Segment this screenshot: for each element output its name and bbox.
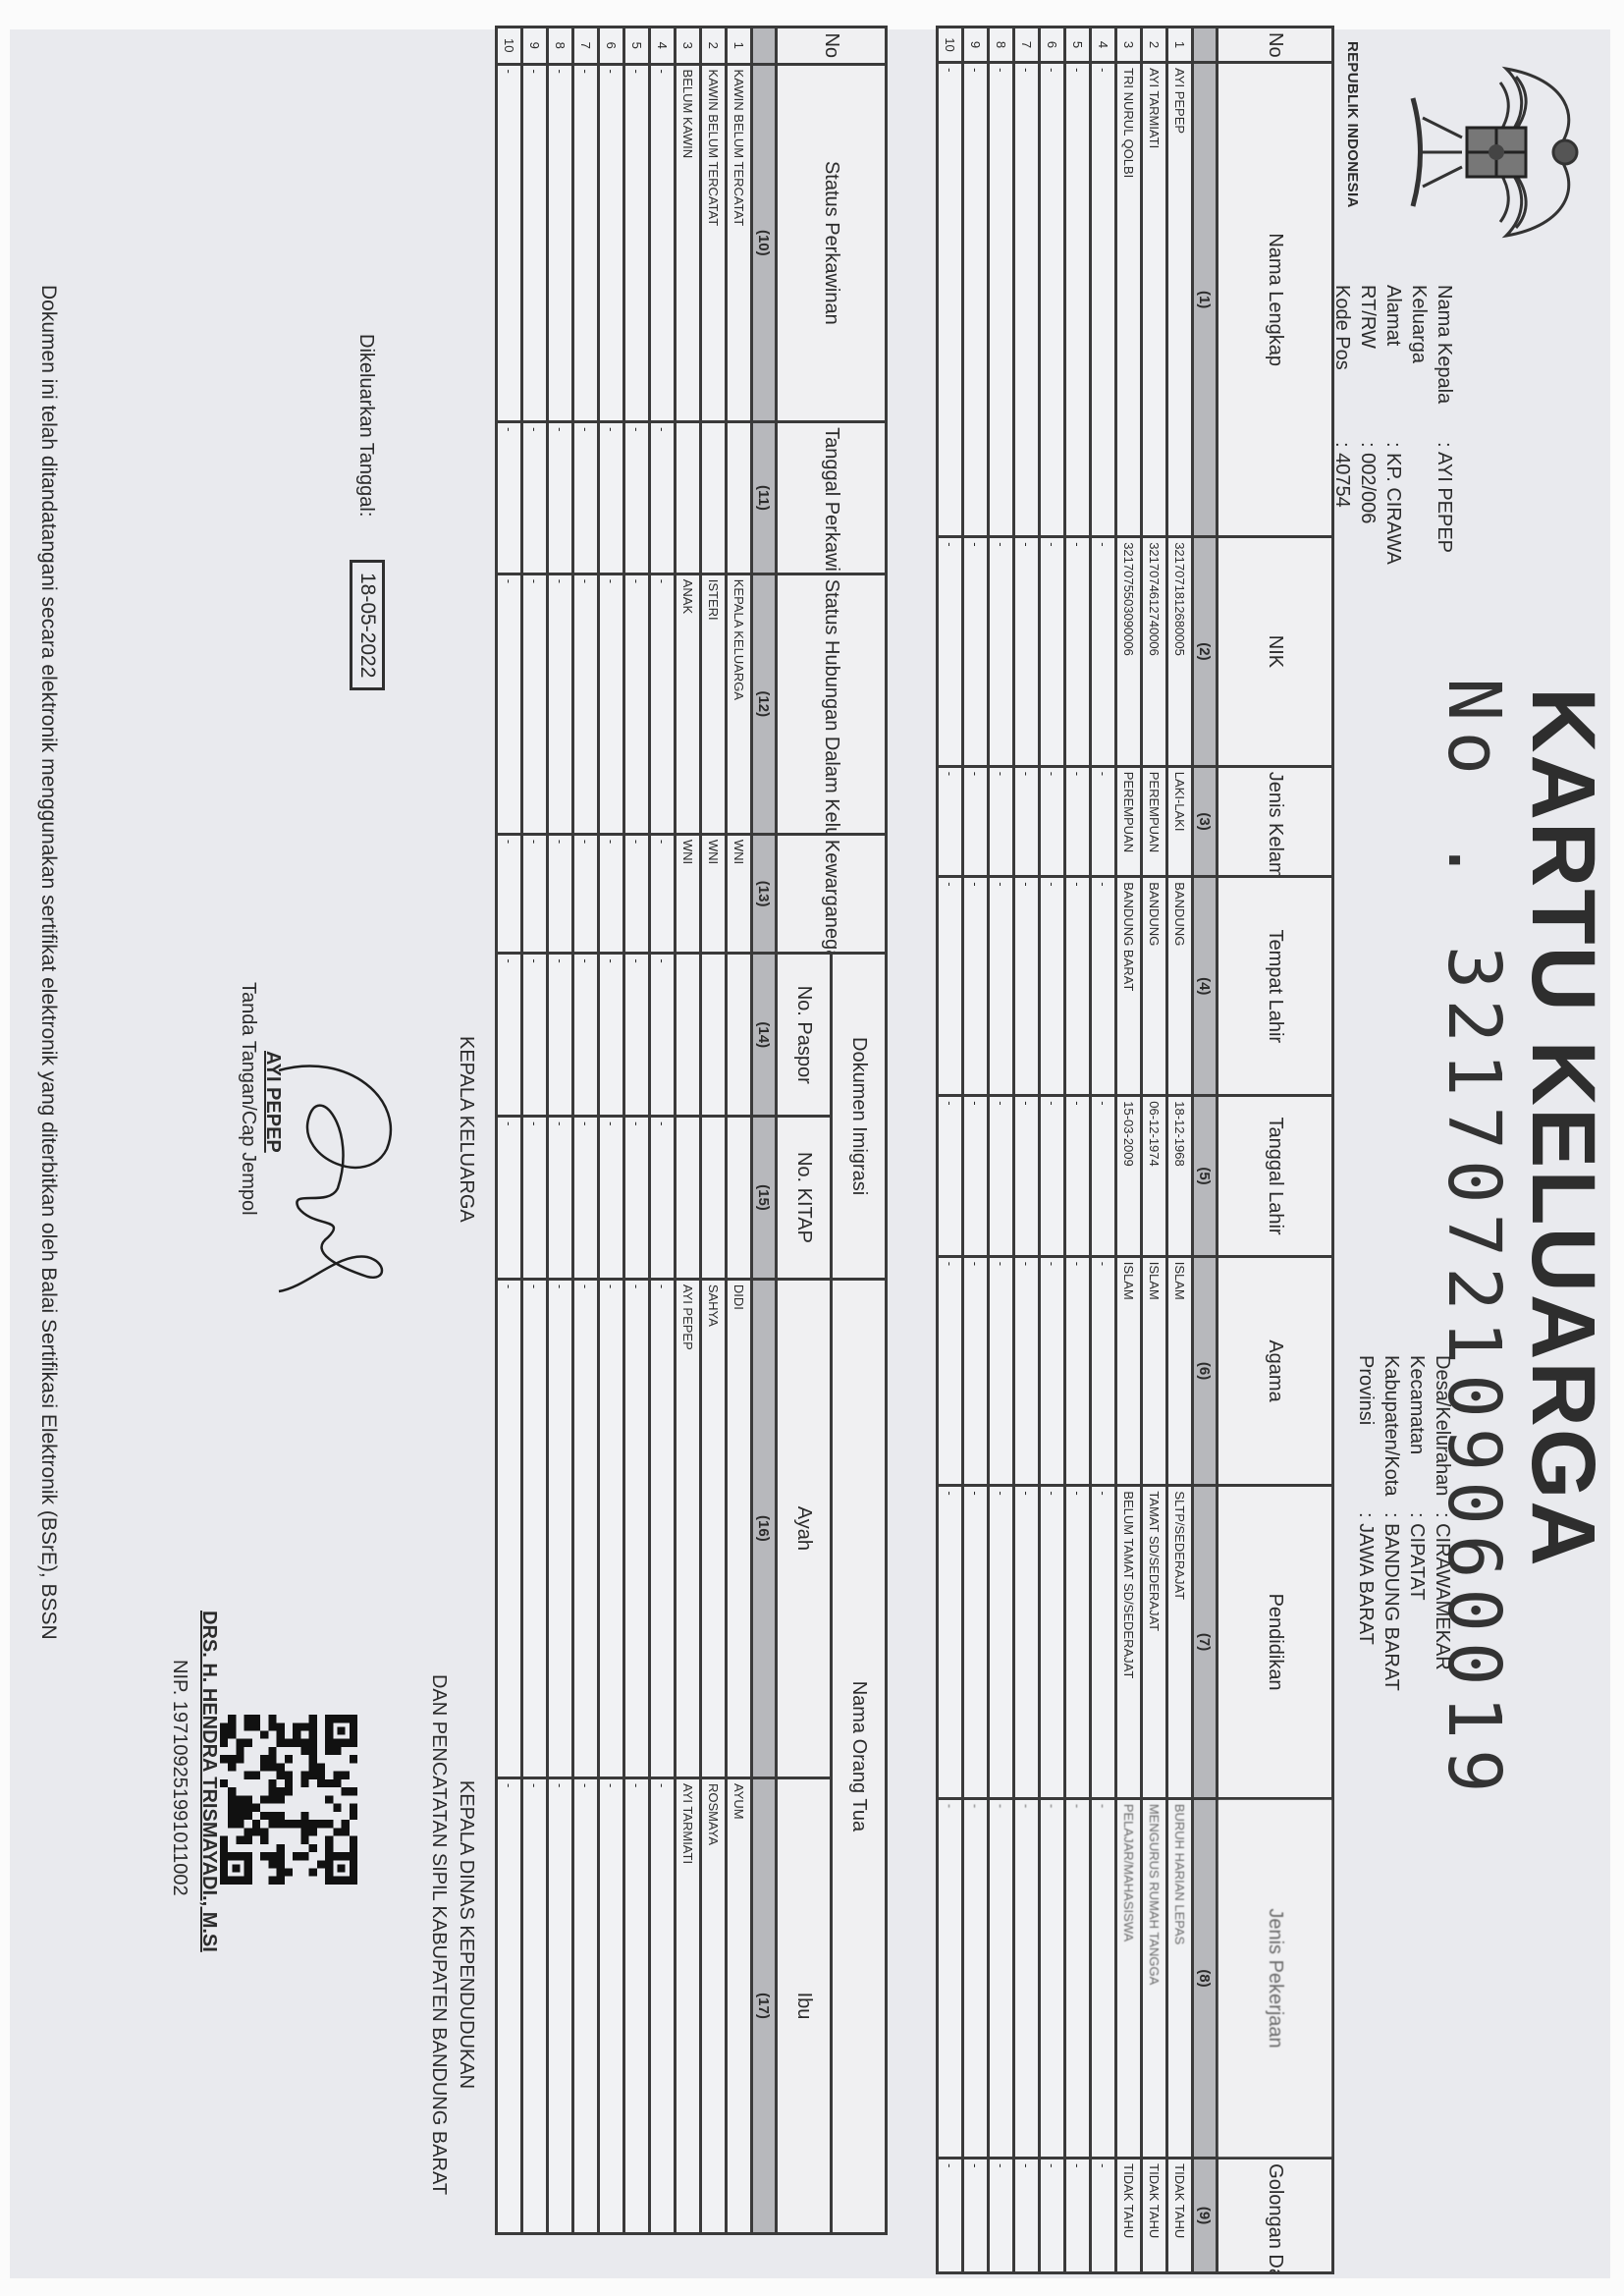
- table-cell: -: [497, 834, 522, 954]
- table-cell: -: [1065, 1096, 1091, 1257]
- table-cell: -: [989, 877, 1014, 1096]
- table-cell: -: [989, 1256, 1014, 1486]
- column-number-row: (1)(2)(3)(4)(5)(6)(7)(8)(9): [1193, 27, 1218, 2273]
- table-cell: -: [548, 1279, 573, 1777]
- table-cell: -: [624, 574, 650, 834]
- table-cell: -: [624, 1117, 650, 1280]
- family-status-table: No Status Perkawinan Tanggal Perkawinan …: [495, 26, 888, 2235]
- table-cell: -: [548, 1117, 573, 1280]
- table-row: 3TRI NURUL QOLBI3217075503090006PEREMPUA…: [1116, 27, 1142, 2273]
- table-row: 10--------: [497, 27, 522, 2234]
- table-cell: -: [522, 64, 548, 422]
- row-number: 1: [1167, 27, 1193, 63]
- table-cell: -: [599, 1777, 624, 2233]
- table-cell: [727, 422, 752, 574]
- table-row: 5--------: [624, 27, 650, 2234]
- table-cell: -: [497, 1279, 522, 1777]
- table-cell: -: [522, 834, 548, 954]
- row-number: 1: [727, 27, 752, 65]
- table-row: 2AYI TARMIATI3217074612740006PEREMPUANBA…: [1142, 27, 1167, 2273]
- table-cell: [701, 954, 727, 1117]
- table-cell: WNI: [727, 834, 752, 954]
- table-cell: ISLAM: [1116, 1256, 1142, 1486]
- table-cell: DIDI: [727, 1279, 752, 1777]
- table-cell: -: [989, 1096, 1014, 1257]
- table-row: 6---------: [1040, 27, 1065, 2273]
- column-number: (17): [752, 1777, 777, 2233]
- table-cell: -: [938, 1486, 963, 1799]
- official-name: DRS. H. HENDRA TRISMAYADI., M.SI: [197, 1611, 220, 1952]
- table-cell: -: [522, 1117, 548, 1280]
- row-number: 7: [573, 27, 599, 65]
- table-cell: -: [1065, 1486, 1091, 1799]
- table-cell: PEREMPUAN: [1142, 766, 1167, 877]
- table-row: 6--------: [599, 27, 624, 2234]
- table-row: 4---------: [1091, 27, 1116, 2273]
- header-cell: No: [1218, 27, 1333, 63]
- table-cell: KAWIN BELUM TERCATAT: [701, 64, 727, 422]
- table-cell: -: [624, 422, 650, 574]
- table-cell: -: [1091, 2159, 1116, 2273]
- table-cell: -: [599, 1279, 624, 1777]
- header-no-paspor: No. Paspor: [777, 954, 832, 1117]
- table-cell: -: [1091, 1486, 1116, 1799]
- table-cell: -: [1065, 1256, 1091, 1486]
- row-number: 2: [701, 27, 727, 65]
- table-cell: -: [599, 954, 624, 1117]
- table-cell: -: [989, 63, 1014, 537]
- table-cell: -: [963, 1798, 989, 2158]
- table-cell: -: [573, 574, 599, 834]
- table-cell: -: [522, 422, 548, 574]
- table-cell: -: [1040, 1798, 1065, 2158]
- table-cell: -: [963, 537, 989, 767]
- table-cell: -: [938, 2159, 963, 2273]
- table-row: 8---------: [989, 27, 1014, 2273]
- row-number: 8: [989, 27, 1014, 63]
- row-number: 10: [497, 27, 522, 65]
- table-cell: SAHYA: [701, 1279, 727, 1777]
- official-title-line-2: DAN PENCATATAN SIPIL KABUPATEN BANDUNG B…: [425, 1581, 453, 2288]
- table-cell: -: [650, 422, 676, 574]
- row-number: 5: [1065, 27, 1091, 63]
- table-cell: BELUM TAMAT SD/SEDERAJAT: [1116, 1486, 1142, 1799]
- table-cell: 06-12-1974: [1142, 1096, 1167, 1257]
- table-cell: -: [989, 537, 1014, 767]
- table-cell: -: [650, 1117, 676, 1280]
- table-cell: -: [1040, 2159, 1065, 2273]
- table-cell: -: [1014, 63, 1040, 537]
- table-cell: -: [650, 1279, 676, 1777]
- header-status-perkawinan: Status Perkawinan: [777, 64, 887, 422]
- header-cell: Golongan Darah: [1218, 2159, 1333, 2273]
- table-row: 10---------: [938, 27, 963, 2273]
- issued-date-label: Dikeluarkan Tanggal:: [354, 334, 377, 517]
- header-cell: Agama: [1218, 1256, 1333, 1486]
- table-cell: AYI TARMIATI: [1142, 63, 1167, 537]
- table-cell: -: [938, 537, 963, 767]
- table-cell: -: [1014, 1798, 1040, 2158]
- table-cell: AYUM: [727, 1777, 752, 2233]
- row-number: 3: [1116, 27, 1142, 63]
- table-row: 4--------: [650, 27, 676, 2234]
- table-cell: BANDUNG: [1167, 877, 1193, 1096]
- table-cell: -: [989, 2159, 1014, 2273]
- table-cell: -: [624, 1777, 650, 2233]
- table-cell: -: [1014, 1256, 1040, 1486]
- header-no-kitap: No. KITAP: [777, 1117, 832, 1280]
- table-cell: -: [989, 1798, 1014, 2158]
- table-cell: -: [1040, 63, 1065, 537]
- column-number: (14): [752, 954, 777, 1117]
- table-cell: [676, 954, 701, 1117]
- table-cell: 18-12-1968: [1167, 1096, 1193, 1257]
- column-number: (3): [1193, 766, 1218, 877]
- header-nama-orang-tua: Nama Orang Tua: [832, 1279, 887, 2233]
- table-cell: AYI PEPEP: [676, 1279, 701, 1777]
- header-status-hubungan: Status Hubungan Dalam Keluarga: [777, 574, 887, 834]
- table-cell: -: [548, 422, 573, 574]
- info-row: RT/RW: 002/006: [1355, 285, 1380, 565]
- table-cell: -: [624, 834, 650, 954]
- table-cell: -: [548, 954, 573, 1117]
- table-cell: -: [573, 954, 599, 1117]
- column-number: (10): [752, 64, 777, 422]
- header-cell: Tanggal Lahir: [1218, 1096, 1333, 1257]
- table-cell: -: [548, 834, 573, 954]
- row-number: 5: [624, 27, 650, 65]
- table-cell: -: [1091, 1096, 1116, 1257]
- header-cell: Jenis Kelamin: [1218, 766, 1333, 877]
- household-info-right: Desa/Kelurahan: CIRAWAMEKAR Kecamatan: C…: [1353, 1355, 1455, 1691]
- garuda-emblem-icon: [1388, 59, 1595, 246]
- table-cell: -: [938, 1256, 963, 1486]
- table-cell: -: [599, 1117, 624, 1280]
- table-row: 1AYI PEPEP3217071812680005LAKI-LAKIBANDU…: [1167, 27, 1193, 2273]
- table-cell: -: [1040, 1486, 1065, 1799]
- table-cell: -: [1091, 1798, 1116, 2158]
- row-number: 9: [963, 27, 989, 63]
- info-row: Alamat: KP. CIRAWA: [1380, 285, 1406, 565]
- column-number: [1193, 27, 1218, 63]
- row-number: 6: [599, 27, 624, 65]
- row-number: 4: [1091, 27, 1116, 63]
- table-cell: BURUH HARIAN LEPAS: [1167, 1798, 1193, 2158]
- row-number: 3: [676, 27, 701, 65]
- electronic-signature-note: Dokumen ini telah ditandatangani secara …: [36, 285, 60, 1640]
- table-cell: ROSMAYA: [701, 1777, 727, 2233]
- column-number: (7): [1193, 1486, 1218, 1799]
- table-cell: 3217074612740006: [1142, 537, 1167, 767]
- table-cell: MENGURUS RUMAH TANGGA: [1142, 1798, 1167, 2158]
- table-cell: -: [1065, 1798, 1091, 2158]
- table-cell: [676, 1117, 701, 1280]
- table-cell: -: [650, 1777, 676, 2233]
- table-cell: [676, 422, 701, 574]
- table-cell: -: [1040, 766, 1065, 877]
- table-cell: -: [1065, 2159, 1091, 2273]
- table-cell: -: [1065, 63, 1091, 537]
- table-cell: -: [963, 2159, 989, 2273]
- table-cell: -: [624, 1279, 650, 1777]
- info-row: Nama Kepala Keluarga: AYI PEPEP: [1406, 285, 1457, 565]
- info-row: Provinsi: JAWA BARAT: [1353, 1355, 1379, 1691]
- table-cell: ISTERI: [701, 574, 727, 834]
- table-cell: -: [624, 64, 650, 422]
- table-cell: -: [963, 63, 989, 537]
- table-cell: BELUM KAWIN: [676, 64, 701, 422]
- column-number: (5): [1193, 1096, 1218, 1257]
- table-cell: TIDAK TAHU: [1142, 2159, 1167, 2273]
- table-cell: -: [650, 64, 676, 422]
- table-row: 8--------: [548, 27, 573, 2234]
- table-cell: -: [573, 1777, 599, 2233]
- table-row: 9---------: [963, 27, 989, 2273]
- household-info-left: Nama Kepala Keluarga: AYI PEPEP Alamat: …: [1329, 285, 1457, 565]
- table-cell: -: [1091, 877, 1116, 1096]
- table-cell: -: [548, 1777, 573, 2233]
- row-number: 7: [1014, 27, 1040, 63]
- row-number: 8: [548, 27, 573, 65]
- column-number: (2): [1193, 537, 1218, 767]
- table-cell: -: [938, 1096, 963, 1257]
- table-cell: PEREMPUAN: [1116, 766, 1142, 877]
- row-number: 10: [938, 27, 963, 63]
- official-title: KEPALA DINAS KEPENDUDUKAN DAN PENCATATAN…: [425, 1581, 480, 2288]
- table-cell: -: [1014, 877, 1040, 1096]
- table-row: 9--------: [522, 27, 548, 2234]
- column-number: (4): [1193, 877, 1218, 1096]
- table-cell: -: [1014, 1486, 1040, 1799]
- table-cell: AYI TARMIATI: [676, 1777, 701, 2233]
- table-cell: -: [989, 766, 1014, 877]
- table-cell: -: [548, 574, 573, 834]
- signature-caption: Tanda Tangan/Cap Jempol: [237, 982, 259, 1216]
- column-number-row: (10)(11)(12)(13)(14)(15)(16)(17): [752, 27, 777, 2234]
- table-row: 3BELUM KAWINANAKWNIAYI PEPEPAYI TARMIATI: [676, 27, 701, 2234]
- header-cell: Pendidikan: [1218, 1486, 1333, 1799]
- table-cell: BANDUNG: [1142, 877, 1167, 1096]
- table-cell: 3217075503090006: [1116, 537, 1142, 767]
- qr-code-icon: [220, 1714, 357, 1886]
- column-number: [752, 27, 777, 65]
- header-cell: NIK: [1218, 537, 1333, 767]
- table-cell: -: [963, 877, 989, 1096]
- table-cell: -: [548, 64, 573, 422]
- table-cell: PELAJAR/MAHASISWA: [1116, 1798, 1142, 2158]
- table-row: 7--------: [573, 27, 599, 2234]
- table-cell: [701, 422, 727, 574]
- table-cell: -: [522, 1279, 548, 1777]
- table-cell: -: [1065, 877, 1091, 1096]
- table-cell: -: [624, 954, 650, 1117]
- column-number: (12): [752, 574, 777, 834]
- head-of-family-name: AYI PEPEP: [261, 1051, 284, 1153]
- table-cell: ISLAM: [1167, 1256, 1193, 1486]
- table-header-row: No Status Perkawinan Tanggal Perkawinan …: [832, 27, 887, 2234]
- issued-date-value: 18-05-2022: [350, 560, 385, 690]
- header-no: No: [777, 27, 887, 65]
- table-cell: -: [1040, 1096, 1065, 1257]
- country-label: REPUBLIK INDONESIA: [1344, 41, 1361, 208]
- header-cell: Tempat Lahir: [1218, 877, 1333, 1096]
- table-cell: SLTP/SEDERAJAT: [1167, 1486, 1193, 1799]
- table-cell: -: [1040, 537, 1065, 767]
- table-cell: TRI NURUL QOLBI: [1116, 63, 1142, 537]
- table-cell: -: [1091, 537, 1116, 767]
- table-cell: -: [1040, 877, 1065, 1096]
- table-cell: -: [522, 954, 548, 1117]
- table-cell: [727, 1117, 752, 1280]
- table-cell: -: [573, 64, 599, 422]
- column-number: (9): [1193, 2159, 1218, 2273]
- info-row: Desa/Kelurahan: CIRAWAMEKAR: [1430, 1355, 1455, 1691]
- table-cell: TAMAT SD/SEDERAJAT: [1142, 1486, 1167, 1799]
- head-of-family-label: KEPALA KELUARGA: [455, 1036, 477, 1223]
- table-cell: -: [1014, 2159, 1040, 2273]
- table-cell: -: [497, 1777, 522, 2233]
- table-cell: -: [650, 954, 676, 1117]
- row-number: 6: [1040, 27, 1065, 63]
- table-cell: -: [599, 64, 624, 422]
- table-cell: -: [963, 1096, 989, 1257]
- table-row: 1KAWIN BELUM TERCATATKEPALA KELUARGAWNID…: [727, 27, 752, 2234]
- column-number: (8): [1193, 1798, 1218, 2158]
- table-cell: -: [1014, 537, 1040, 767]
- table-cell: -: [1091, 1256, 1116, 1486]
- row-number: 4: [650, 27, 676, 65]
- table-cell: LAKI-LAKI: [1167, 766, 1193, 877]
- table-cell: -: [599, 574, 624, 834]
- row-number: 9: [522, 27, 548, 65]
- table-cell: -: [963, 766, 989, 877]
- official-nip: NIP. 197109251991011002: [168, 1660, 190, 1896]
- table-cell: -: [1091, 766, 1116, 877]
- family-members-table: NoNama LengkapNIKJenis KelaminTempat Lah…: [936, 26, 1334, 2274]
- table-cell: [701, 1117, 727, 1280]
- document-title: KARTU KELUARGA: [1511, 687, 1614, 1568]
- row-number: 2: [1142, 27, 1167, 63]
- table-cell: TIDAK TAHU: [1167, 2159, 1193, 2273]
- table-cell: -: [1014, 1096, 1040, 1257]
- table-cell: -: [599, 422, 624, 574]
- info-row: Kabupaten/Kota: BANDUNG BARAT: [1379, 1355, 1404, 1691]
- table-cell: -: [573, 1117, 599, 1280]
- header-kewarganegaraan: Kewarganegaraan: [777, 834, 887, 954]
- table-cell: -: [938, 766, 963, 877]
- table-cell: -: [963, 1486, 989, 1799]
- table-cell: ISLAM: [1142, 1256, 1167, 1486]
- table-cell: TIDAK TAHU: [1116, 2159, 1142, 2273]
- table-cell: -: [1040, 1256, 1065, 1486]
- table-cell: -: [573, 834, 599, 954]
- table-cell: -: [599, 834, 624, 954]
- table-cell: WNI: [701, 834, 727, 954]
- table-header-row: NoNama LengkapNIKJenis KelaminTempat Lah…: [1218, 27, 1333, 2273]
- table-cell: -: [938, 63, 963, 537]
- table-cell: AYI PEPEP: [1167, 63, 1193, 537]
- table-cell: -: [497, 1117, 522, 1280]
- column-number: (16): [752, 1279, 777, 1777]
- table-row: 5---------: [1065, 27, 1091, 2273]
- table-cell: -: [989, 1486, 1014, 1799]
- family-card-document: REPUBLIK INDONESIA KARTU KELUARGA No . 3…: [0, 0, 1624, 2296]
- table-cell: KEPALA KELUARGA: [727, 574, 752, 834]
- header-cell: Nama Lengkap: [1218, 63, 1333, 537]
- table-cell: -: [650, 574, 676, 834]
- header-ayah: Ayah: [777, 1279, 832, 1777]
- table-cell: -: [1065, 766, 1091, 877]
- number-label: No .: [1432, 678, 1516, 892]
- table-cell: -: [650, 834, 676, 954]
- table-cell: -: [497, 422, 522, 574]
- official-title-line-1: KEPALA DINAS KEPENDUDUKAN: [453, 1581, 480, 2288]
- table-cell: -: [497, 574, 522, 834]
- table-cell: [727, 954, 752, 1117]
- table-row: 2KAWIN BELUM TERCATATISTERIWNISAHYAROSMA…: [701, 27, 727, 2234]
- table-cell: 3217071812680005: [1167, 537, 1193, 767]
- table-cell: ANAK: [676, 574, 701, 834]
- header-ibu: Ibu: [777, 1777, 832, 2233]
- column-number: (15): [752, 1117, 777, 1280]
- table-cell: WNI: [676, 834, 701, 954]
- table-cell: -: [938, 1798, 963, 2158]
- header-cell: Jenis Pekerjaan: [1218, 1798, 1333, 2158]
- table-cell: -: [497, 64, 522, 422]
- table-cell: -: [573, 422, 599, 574]
- column-number: (6): [1193, 1256, 1218, 1486]
- table-cell: -: [522, 1777, 548, 2233]
- table-cell: -: [938, 877, 963, 1096]
- table-cell: -: [497, 954, 522, 1117]
- header-tanggal-perkawinan: Tanggal Perkawinan: [777, 422, 887, 574]
- table-cell: BANDUNG BARAT: [1116, 877, 1142, 1096]
- table-cell: -: [1065, 537, 1091, 767]
- table-cell: 15-03-2009: [1116, 1096, 1142, 1257]
- header-dokumen-imigrasi: Dokumen Imigrasi: [832, 954, 887, 1279]
- column-number: (13): [752, 834, 777, 954]
- table-cell: -: [522, 574, 548, 834]
- info-row: Kecamatan: CIPATAT: [1404, 1355, 1430, 1691]
- table-cell: KAWIN BELUM TERCATAT: [727, 64, 752, 422]
- column-number: (11): [752, 422, 777, 574]
- table-cell: -: [963, 1256, 989, 1486]
- table-cell: -: [573, 1279, 599, 1777]
- column-number: (1): [1193, 63, 1218, 537]
- table-row: 7---------: [1014, 27, 1040, 2273]
- table-cell: -: [1091, 63, 1116, 537]
- table-cell: -: [1014, 766, 1040, 877]
